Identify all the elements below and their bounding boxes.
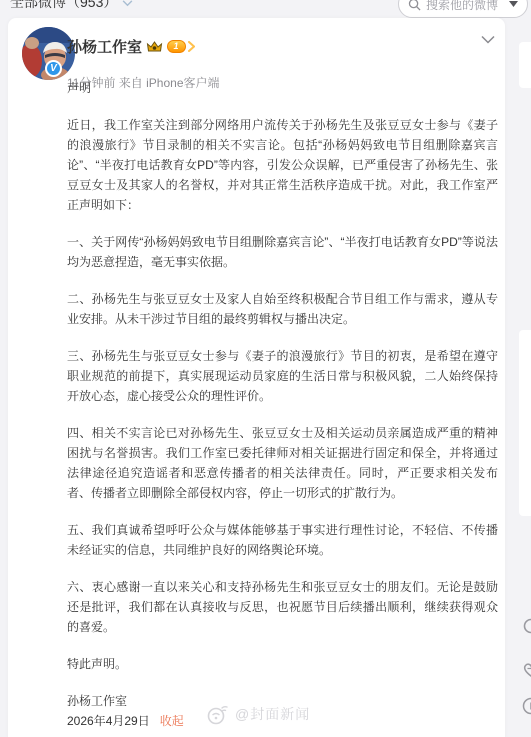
verified-badge: V [45, 60, 62, 77]
statement-intro: 近日，我工作室关注到部分网络用户流传关于孙杨先生及张豆豆女士参与《妻子的浪漫旅行… [67, 115, 498, 215]
statement-title: 声明 [67, 78, 498, 98]
feed-filter-label: 全部微博（953） [10, 0, 117, 12]
statement-dateline: 2026年4月29日 收起 [67, 711, 498, 731]
post-card: V 孙杨工作室 1 11分钟前 来自 iPhone客户端 声明 近日，我工作室关… [8, 18, 505, 737]
statement-item-2: 二、孙杨先生与张豆豆女士及家人自始至终积极配合节目组工作与需求，遵从专业安排。从… [67, 289, 498, 329]
statement-item-5: 五、我们真诚希望呼吁公众与媒体能够基于事实进行理性讨论，不轻信、不传播未经证实的… [67, 520, 498, 560]
right-column-card-edge [519, 330, 531, 516]
search-icon [408, 0, 421, 11]
crown-icon [146, 40, 163, 54]
post-content: 声明 近日，我工作室关注到部分网络用户流传关于孙杨先生及张豆豆女士参与《妻子的浪… [67, 78, 498, 731]
info-icon[interactable] [521, 696, 531, 718]
feed-filter-dropdown[interactable]: 全部微博（953） [10, 0, 133, 12]
statement-signature: 孙杨工作室 [67, 691, 498, 711]
author-name[interactable]: 孙杨工作室 [67, 36, 142, 57]
vip-level-badge: 1 [167, 40, 186, 53]
refresh-icon[interactable] [521, 616, 531, 638]
chevron-down-icon [122, 0, 133, 7]
statement-date: 2026年4月29日 [67, 711, 150, 731]
verified-letter: V [50, 64, 57, 74]
vip-level-number: 1 [174, 42, 179, 51]
post-menu-chevron[interactable] [477, 28, 499, 50]
statement-item-3: 三、孙杨先生与张豆豆女士参与《妻子的浪漫旅行》节目的初衷，是希望在遵守职业规范的… [67, 346, 498, 406]
search-input[interactable]: 搜索他的微博 [398, 0, 528, 18]
chevron-down-icon [481, 35, 495, 44]
statement-item-1: 一、关于网传“孙杨妈妈致电节目组删除嘉宾言论”、“半夜打电话教育女PD”等说法均… [67, 232, 498, 272]
statement-item-6: 六、衷心感谢一直以来关心和支持孙杨先生和张豆豆女士的朋友们。无论是鼓励还是批评，… [67, 577, 498, 637]
feedback-heart-icon[interactable] [521, 659, 531, 681]
collapse-post-link[interactable]: 收起 [160, 711, 184, 731]
author-row: 孙杨工作室 1 [67, 36, 195, 57]
statement-item-4: 四、相关不实言论已对孙杨先生、张豆豆女士及相关运动员亲属造成严重的精神困扰与名誉… [67, 423, 498, 503]
search-placeholder: 搜索他的微博 [426, 0, 504, 13]
right-column-card-edge [519, 42, 531, 88]
vip-badge-tail-icon [188, 41, 195, 52]
weibo-profile-feed: { "topbar": { "filter_label": "全部微博（953）… [0, 0, 531, 737]
caret-down-icon[interactable] [509, 1, 518, 7]
statement-closing: 特此声明。 [67, 654, 498, 674]
